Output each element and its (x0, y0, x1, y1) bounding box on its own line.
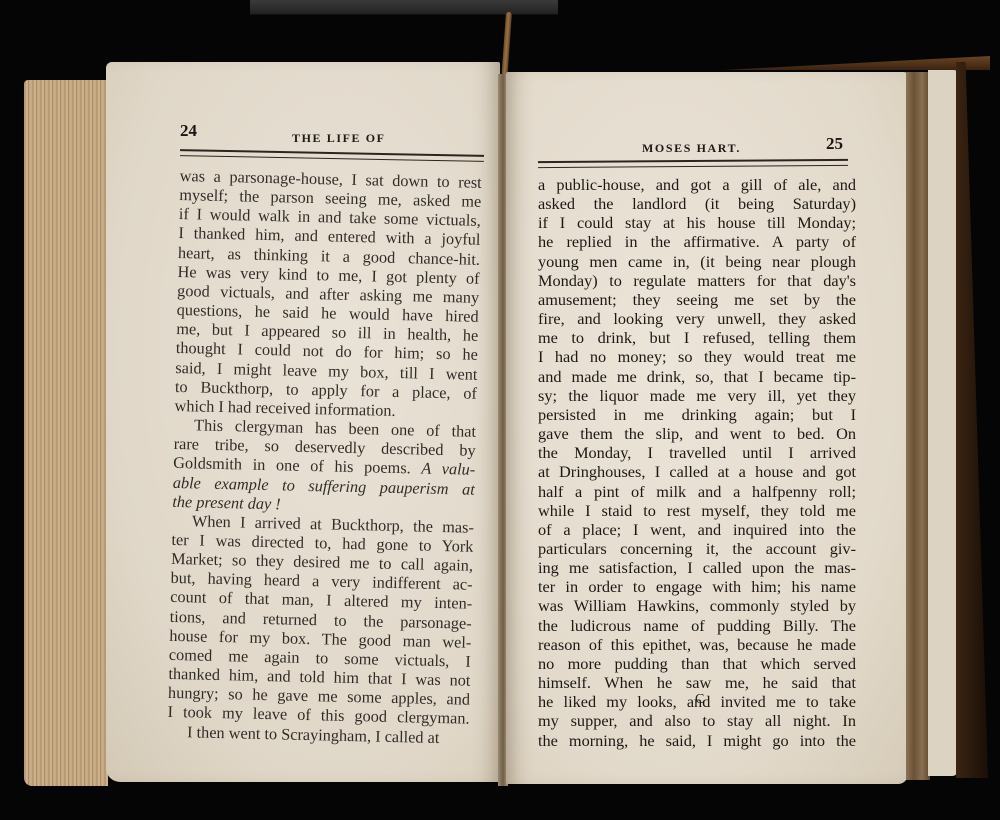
text-line: a public-house, and got a gill of ale, a… (538, 175, 856, 194)
right-page-number: 25 (826, 134, 843, 154)
text-line: at Dringhouses, I called at a house and … (538, 462, 856, 481)
text-line: sy; the liquor made me very ill, yet the… (538, 386, 856, 405)
text-line: fire, and looking very unwell, they aske… (538, 309, 856, 328)
text-line: if I could stay at his house till Monday… (538, 213, 856, 232)
text-line: he replied in the affirmative. A party o… (538, 232, 856, 251)
text-line: amusement; they seeing me set by the (538, 290, 856, 309)
text-line: persisted in me drinking again; but I (538, 405, 856, 424)
text-line: particulars concerning it, the account g… (538, 539, 856, 558)
text-line: asked the landlord (it being Saturday) (538, 194, 856, 213)
text-line: no more pudding than that which served (538, 654, 856, 673)
text-line: young men came in, (it being near plough (538, 252, 856, 271)
left-running-head: THE LIFE OF (292, 131, 386, 146)
left-page-text: was a parsonage-house, I sat down to res… (167, 166, 482, 747)
ribbon-bookmark (501, 12, 512, 78)
text-line: reason of this epithet, was, because he … (538, 635, 856, 654)
book-cover-right (956, 62, 988, 778)
right-running-head: MOSES HART. (642, 141, 741, 156)
bookmark-strip (250, 0, 558, 15)
book-cover-top (700, 56, 990, 70)
text-line: himself. When he saw me, he said that (538, 673, 856, 692)
text-line: the ludicrous name of pudding Billy. The (538, 616, 856, 635)
text-line: the Monday, I travelled until I arrived (538, 443, 856, 462)
text-line: while I staid to rest myself, they told … (538, 501, 856, 520)
left-page-edges (24, 80, 108, 786)
signature-mark: C (695, 692, 704, 708)
right-page-edge-stain (906, 72, 930, 780)
text-line: Monday) to regulate matters for that day… (538, 271, 856, 290)
text-line: and made me drink, so, that I became tip… (538, 367, 856, 386)
right-page-text: a public-house, and got a gill of ale, a… (538, 175, 856, 750)
text-line: of a place; I went, and inquired into th… (538, 520, 856, 539)
text-line: I had no money; so they would treat me (538, 347, 856, 366)
text-line: ter in order to engage with him; his nam… (538, 577, 856, 596)
text-line: half a pint of milk and a halfpenny roll… (538, 482, 856, 501)
text-line: me to drink, but I refused, telling them (538, 328, 856, 347)
left-page-number: 24 (180, 121, 197, 141)
right-page-edges (928, 70, 958, 776)
text-line: gave them the slip, and went to bed. On (538, 424, 856, 443)
text-line: my supper, and also to stay all night. I… (538, 711, 856, 730)
text-line: ing me satisfaction, I called upon the m… (538, 558, 856, 577)
text-line: was William Hawkins, commonly styled by (538, 596, 856, 615)
text-line: the morning, he said, I might go into th… (538, 731, 856, 750)
